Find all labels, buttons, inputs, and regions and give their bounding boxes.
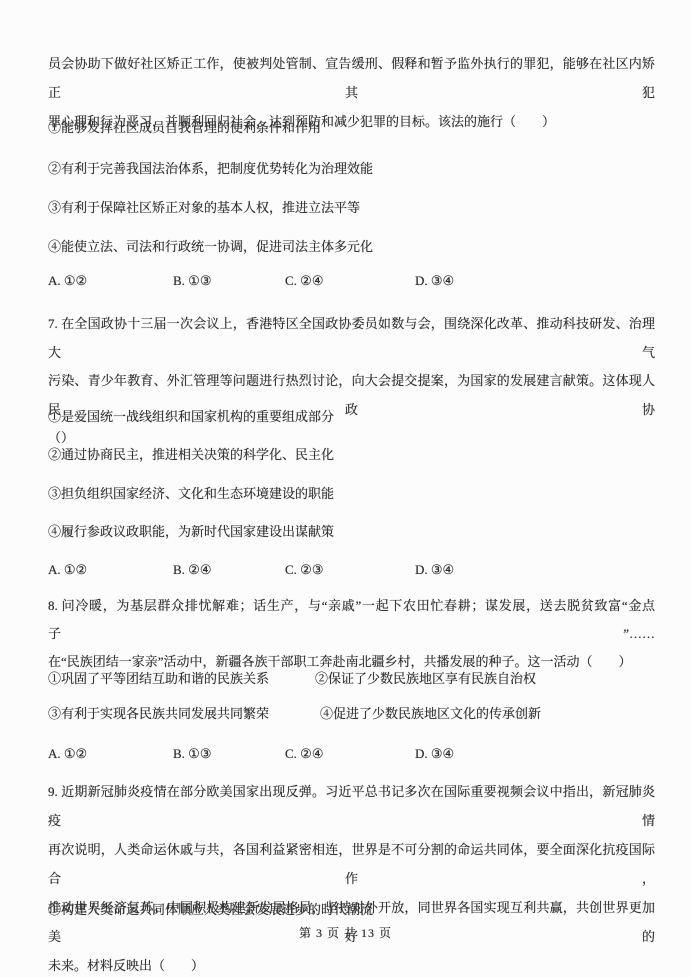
option-b: B. ①③ (173, 273, 211, 288)
option-a: A. ①② (48, 273, 87, 288)
question-8-choice-2: ②保证了少数民族地区享有民族自治权 (315, 671, 536, 686)
question-8-choices-row-1: ①巩固了平等团结互助和谐的民族关系 ②保证了少数民族地区享有民族自治权 (48, 671, 655, 687)
option-a: A. ①② (48, 746, 87, 761)
option-a: A. ①② (48, 562, 87, 577)
question-7-choice-4: ④履行参政议政职能，为新时代国家建设出谋献策 (48, 524, 655, 539)
question-6-choice-4: ④能使立法、司法和行政统一协调，促进司法主体多元化 (48, 239, 655, 254)
question-6-choice-2: ②有利于完善我国法治体系，把制度优势转化为治理效能 (48, 161, 655, 176)
option-c: C. ②④ (285, 746, 323, 761)
exam-page: 员会协助下做好社区矫正工作，使被判处管制、宣告缓刑、假释和暂予监外执行的罪犯，能… (0, 0, 691, 977)
question-8-choice-3: ③有利于实现各民族共同发展共同繁荣 (48, 706, 269, 721)
option-d: D. ③④ (415, 273, 454, 288)
option-b: B. ②④ (173, 562, 211, 577)
question-8-choice-4: ④促进了少数民族地区文化的传承创新 (320, 706, 541, 721)
question-7-choice-3: ③担负组织国家经济、文化和生态环境建设的职能 (48, 486, 655, 501)
question-8-choice-1: ①巩固了平等团结互助和谐的民族关系 (48, 671, 269, 686)
question-8-stem: 8. 问冷暖，为基层群众排忧解难；话生产，与“亲戚”一起下农田忙春耕；谋发展，送… (48, 592, 655, 676)
option-c: C. ②③ (285, 562, 323, 577)
question-9-stem: 9. 近期新冠肺炎疫情在部分欧美国家出现反弹。习近平总书记多次在国际重要视频会议… (48, 777, 655, 977)
question-7-answer-options: A. ①② B. ②④ C. ②③ D. ③④ (48, 562, 655, 578)
option-d: D. ③④ (415, 746, 454, 761)
option-d: D. ③④ (415, 562, 454, 577)
stem-line: 9. 近期新冠肺炎疫情在部分欧美国家出现反弹。习近平总书记多次在国际重要视频会议… (48, 777, 655, 835)
option-c: C. ②④ (285, 273, 323, 288)
question-7-stem: 7. 在全国政协十三届一次会议上，香港特区全国政协委员如数与会，围绕深化改革、推… (48, 310, 655, 453)
stem-line: 未来。材料反映出（ ） (48, 951, 655, 977)
stem-line: 8. 问冷暖，为基层群众排忧解难；话生产，与“亲戚”一起下农田忙春耕；谋发展，送… (48, 592, 655, 648)
question-9-choice-1: ①构建人类命运共同体顺应人类社会发展进步的时代潮流 (48, 902, 655, 917)
question-6-answer-options: A. ①② B. ①③ C. ②④ D. ③④ (48, 273, 655, 289)
stem-line: 员会协助下做好社区矫正工作，使被判处管制、宣告缓刑、假释和暂予监外执行的罪犯，能… (48, 49, 655, 107)
question-8-answer-options: A. ①② B. ①③ C. ②④ D. ③④ (48, 746, 655, 762)
page-number: 第 3 页 共 13 页 (0, 924, 691, 941)
option-b: B. ①③ (173, 746, 211, 761)
question-7-choice-2: ②通过协商民主，推进相关决策的科学化、民主化 (48, 447, 655, 462)
question-6-choice-1: ①能够发挥社区成员自我管理的便利条件和作用 (48, 120, 655, 135)
question-7-choice-1: ①是爱国统一战线组织和国家机构的重要组成部分 (48, 409, 655, 424)
stem-line: 再次说明，人类命运休戚与共，各国利益紧密相连，世界是不可分割的命运共同体，要全面… (48, 835, 655, 893)
question-8-choices-row-2: ③有利于实现各民族共同发展共同繁荣 ④促进了少数民族地区文化的传承创新 (48, 706, 655, 722)
stem-line: 7. 在全国政协十三届一次会议上，香港特区全国政协委员如数与会，围绕深化改革、推… (48, 310, 655, 367)
question-6-choice-3: ③有利于保障社区矫正对象的基本人权，推进立法平等 (48, 200, 655, 215)
